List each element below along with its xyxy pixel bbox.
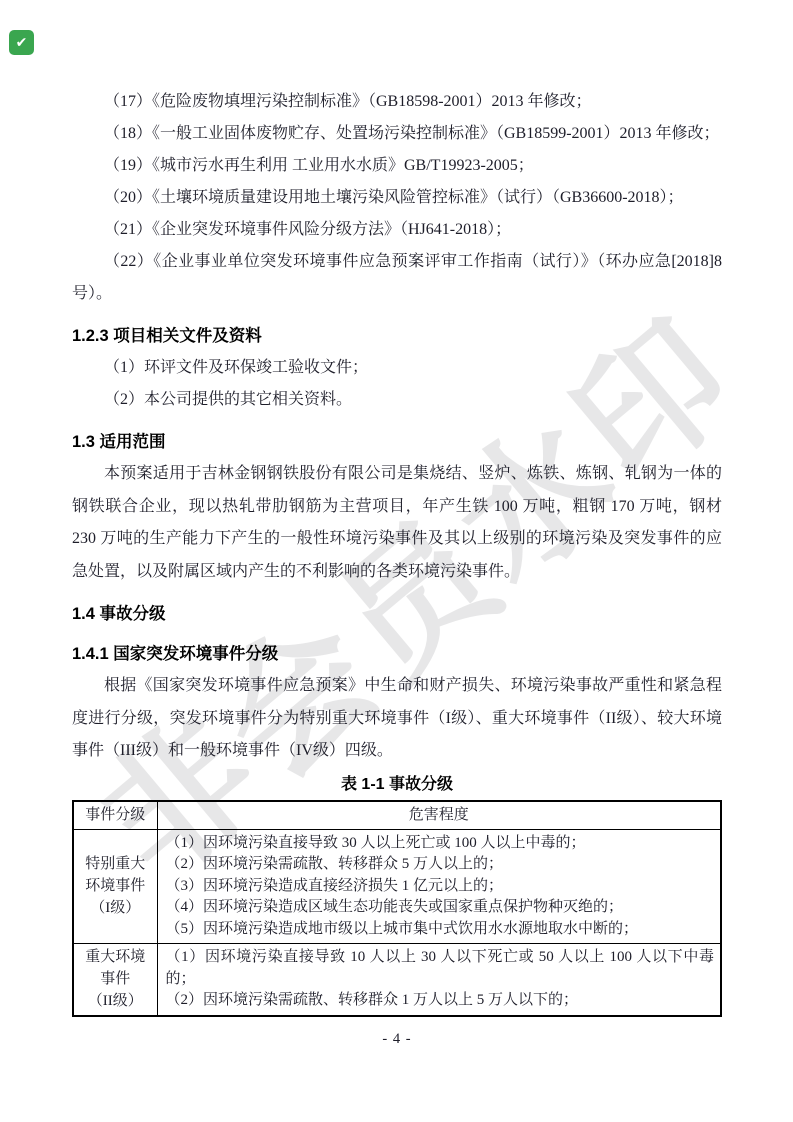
- hazard-item: （2）因环境污染需疏散、转移群众 5 万人以上的；: [166, 854, 715, 876]
- accident-classification-table: 事件分级 危害程度 特别重大 环境事件 （I级） （1）因环境污染直接导致 30…: [72, 800, 722, 1017]
- level-cell-II: 重大环境 事件 （II级）: [73, 944, 157, 1016]
- reference-item-18: （18）《一般工业固体废物贮存、处置场污染控制标准》（GB18599-2001）…: [72, 118, 722, 150]
- green-badge-icon: ✔: [9, 30, 34, 55]
- classification-paragraph: 根据《国家突发环境事件应急预案》中生命和财产损失、环境污染事故严重性和紧急程度进…: [72, 670, 722, 768]
- reference-item-17: （17）《危险废物填埋污染控制标准》（GB18598-2001）2013 年修改…: [72, 86, 722, 118]
- section-heading-1-4-1: 1.4.1 国家突发环境事件分级: [72, 640, 722, 668]
- related-doc-item-2: （2）本公司提供的其它相关资料。: [72, 384, 722, 416]
- table-row: 重大环境 事件 （II级） （1）因环境污染直接导致 10 人以上 30 人以下…: [73, 944, 721, 1016]
- reference-item-20: （20）《土壤环境质量建设用地土壤污染风险管控标准》（试行）（GB36600-2…: [72, 182, 722, 214]
- related-doc-item-1: （1）环评文件及环保竣工验收文件；: [72, 352, 722, 384]
- level-line: （I级）: [75, 897, 156, 919]
- reference-item-21: （21）《企业突发环境事件风险分级方法》（HJ641-2018）；: [72, 214, 722, 246]
- level-cell-I: 特别重大 环境事件 （I级）: [73, 829, 157, 944]
- section-heading-1-4: 1.4 事故分级: [72, 600, 722, 628]
- reference-item-22: （22）《企业事业单位突发环境事件应急预案评审工作指南（试行）》（环办应急[20…: [72, 246, 722, 310]
- section-heading-1-3: 1.3 适用范围: [72, 428, 722, 456]
- level-line: 事件: [75, 968, 156, 990]
- hazard-item: （1）因环境污染直接导致 10 人以上 30 人以下死亡或 50 人以上 100…: [166, 947, 715, 990]
- table-row: 特别重大 环境事件 （I级） （1）因环境污染直接导致 30 人以上死亡或 10…: [73, 829, 721, 944]
- hazard-item: （4）因环境污染造成区域生态功能丧失或国家重点保护物种灭绝的；: [166, 897, 715, 919]
- hazard-item: （5）因环境污染造成地市级以上城市集中式饮用水水源地取水中断的；: [166, 919, 715, 941]
- hazard-item: （1）因环境污染直接导致 30 人以上死亡或 100 人以上中毒的；: [166, 833, 715, 855]
- page-number: - 4 -: [72, 1031, 722, 1048]
- table-header-row: 事件分级 危害程度: [73, 801, 721, 830]
- page-content: （17）《危险废物填埋污染控制标准》（GB18598-2001）2013 年修改…: [72, 86, 722, 1048]
- hazard-item: （2）因环境污染需疏散、转移群众 1 万人以上 5 万人以下的；: [166, 990, 715, 1012]
- section-heading-1-2-3: 1.2.3 项目相关文件及资料: [72, 322, 722, 350]
- reference-item-19: （19）《城市污水再生利用 工业用水水质》GB/T19923-2005；: [72, 150, 722, 182]
- level-line: 特别重大: [75, 853, 156, 875]
- level-line: 重大环境: [75, 946, 156, 968]
- header-hazard-degree: 危害程度: [157, 801, 721, 830]
- hazard-item: （3）因环境污染造成直接经济损失 1 亿元以上的；: [166, 876, 715, 898]
- table-title: 表 1-1 事故分级: [72, 772, 722, 798]
- hazard-cell-II: （1）因环境污染直接导致 10 人以上 30 人以下死亡或 50 人以上 100…: [157, 944, 721, 1016]
- level-line: （II级）: [75, 990, 156, 1012]
- level-line: 环境事件: [75, 875, 156, 897]
- check-icon: ✔: [16, 36, 28, 50]
- document-page: ✔ 非会员水印 （17）《危险废物填埋污染控制标准》（GB18598-2001）…: [0, 0, 793, 1122]
- scope-paragraph: 本预案适用于吉林金钢钢铁股份有限公司是集烧结、竖炉、炼铁、炼钢、轧钢为一体的钢铁…: [72, 458, 722, 588]
- header-event-level: 事件分级: [73, 801, 157, 830]
- hazard-cell-I: （1）因环境污染直接导致 30 人以上死亡或 100 人以上中毒的； （2）因环…: [157, 829, 721, 944]
